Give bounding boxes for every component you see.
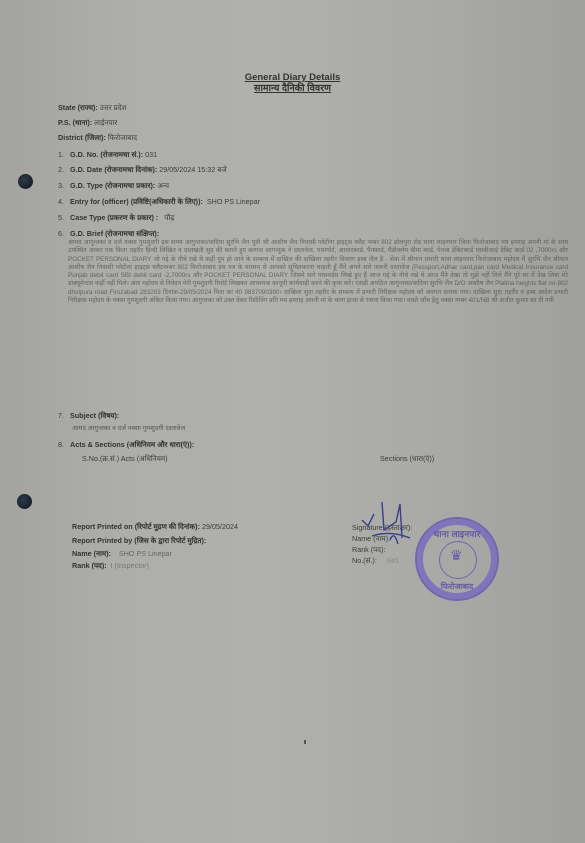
ps-label: P.S. (थाना):	[58, 118, 92, 127]
gd-brief-text: आमद आगुन्तका व दर्ज नक्सा गुमशुदगी इस सम…	[68, 239, 568, 305]
entry-for-value: SHO PS Linepar	[207, 197, 260, 206]
ps-value: लाईनपार	[94, 118, 117, 127]
page-mark	[304, 740, 306, 744]
gd-type-value: अन्य	[157, 181, 169, 190]
gd-no-field: 1.G.D. No. (रोजनामचा सं.): 031	[58, 150, 157, 160]
gd-document: General Diary Details सामान्य दैनिकी विव…	[0, 0, 585, 843]
printed-on-field: Report Printed on (रिपोर्ट मुद्रण की दिन…	[72, 522, 238, 532]
acts-column-header: S.No.(क्र.सं.) Acts (अधिनियम)	[82, 454, 168, 464]
punch-hole-top	[18, 174, 33, 189]
title-english: General Diary Details	[0, 72, 585, 83]
district-field: District (जिला): फिरोजाबाद	[58, 133, 137, 143]
case-type-field: 5.Case Type (प्रकरण के प्रकार) : पौढ़	[58, 213, 174, 223]
police-station-stamp: थाना लाइनपार ♛ फिरोजाबाद	[415, 517, 499, 601]
signature-no-field: No.(सं.): 945	[352, 556, 399, 566]
printed-on-value: 29/05/2024	[202, 522, 238, 531]
case-type-value: पौढ़	[164, 213, 174, 222]
acts-field: 8.Acts & Sections (अधिनियम और धारा(एं)):	[58, 440, 194, 450]
district-label: District (जिला):	[58, 133, 106, 142]
ps-field: P.S. (थाना): लाईनपार	[58, 118, 117, 128]
state-label: State (राज्य):	[58, 103, 98, 112]
state-value: उत्तर प्रदेश	[100, 103, 127, 112]
printed-name-value: SHO PS Linepar	[119, 549, 172, 558]
ashoka-emblem-icon: ♛	[450, 547, 463, 564]
printed-by-field: Report Printed by (जिस के द्वारा रिपोर्ट…	[72, 536, 206, 546]
gd-date-field: 2.G.D. Date (रोजनामचा दिनांक): 29/05/202…	[58, 165, 227, 175]
printed-name-field: Name (नाम): SHO PS Linepar	[72, 549, 172, 559]
printed-rank-value: I (Inspector)	[111, 561, 149, 570]
punch-hole-bottom	[17, 494, 32, 509]
title-hindi: सामान्य दैनिकी विवरण	[0, 83, 585, 94]
sections-column-header: Sections (धारा(एं))	[380, 454, 434, 464]
state-field: State (राज्य): उत्तर प्रदेश	[58, 103, 126, 113]
district-value: फिरोजाबाद	[108, 133, 137, 142]
gd-brief-field: 6.G.D. Brief (रोजनामचा संक्षिप्त):	[58, 229, 159, 239]
subject-value: आमद आगुन्तका व दर्ज नक्सा गुमशुदगी दस्ता…	[72, 423, 185, 432]
entry-for-field: 4.Entry for (officer) (प्रविष्टि(अधिकारी…	[58, 197, 260, 207]
gd-no-value: 031	[145, 150, 157, 159]
gd-type-field: 3.G.D. Type (रोजनामचा प्रकार): अन्य	[58, 181, 169, 191]
gd-date-value: 29/05/2024 15:32 बजे	[159, 165, 226, 174]
document-title: General Diary Details सामान्य दैनिकी विव…	[0, 72, 585, 94]
subject-field: 7.Subject (विषय):	[58, 411, 119, 421]
printed-rank-field: Rank (पद): I (Inspector)	[72, 561, 149, 571]
